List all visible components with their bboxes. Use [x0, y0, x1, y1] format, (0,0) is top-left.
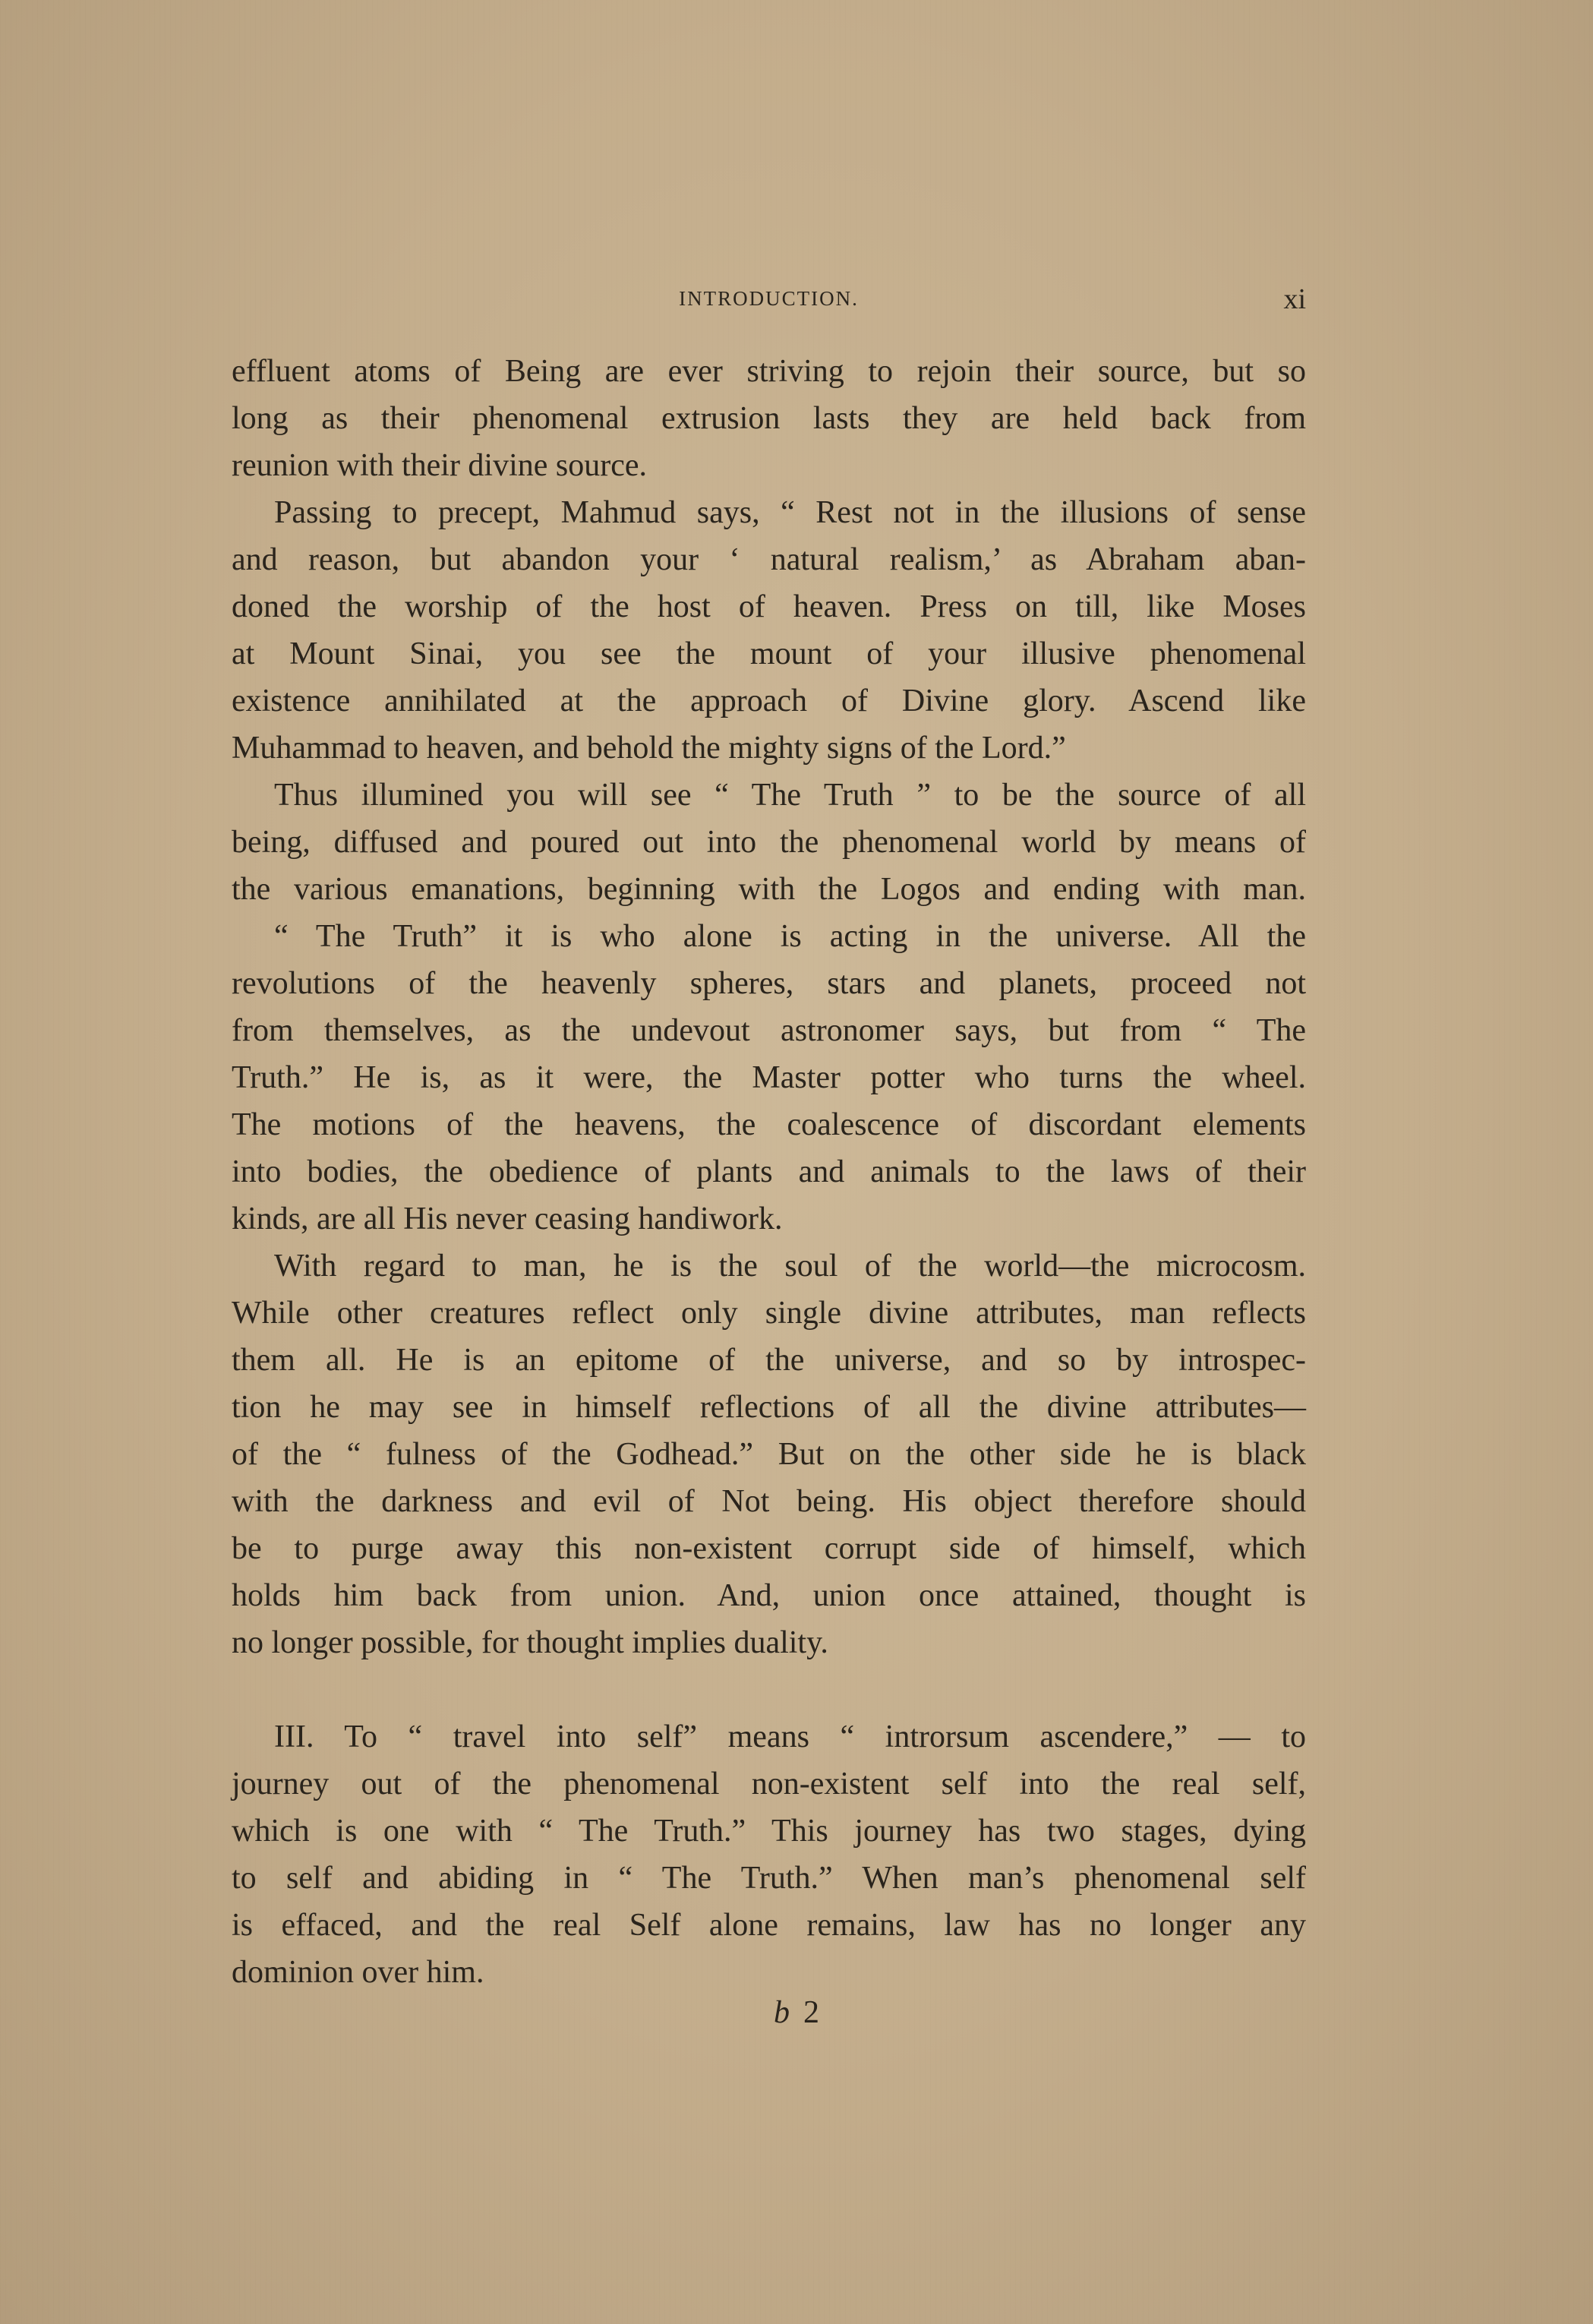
text-line: doned the worship of the host of heaven.…	[232, 583, 1306, 630]
book-page: INTRODUCTION. xi effluent atoms of Being…	[0, 0, 1593, 2324]
text-line: reunion with their divine source.	[232, 442, 1306, 489]
text-line: revolutions of the heavenly spheres, sta…	[232, 960, 1306, 1007]
text-line: being, diffused and poured out into the …	[232, 819, 1306, 866]
body-text: effluent atoms of Being are ever strivin…	[232, 348, 1306, 1996]
paragraph-3: Thus illumined you will see “ The Truth …	[232, 772, 1306, 913]
text-line: of the “ fulness of the Godhead.” But on…	[232, 1431, 1306, 1478]
text-line: Passing to precept, Mahmud says, “ Rest …	[232, 489, 1306, 536]
text-line: no longer possible, for thought implies …	[232, 1619, 1306, 1666]
signature-letter: b	[774, 1995, 790, 2030]
text-line: With regard to man, he is the soul of th…	[232, 1243, 1306, 1290]
text-line: be to purge away this non-existent corru…	[232, 1525, 1306, 1572]
text-line: effluent atoms of Being are ever strivin…	[232, 348, 1306, 395]
page-number: xi	[1283, 283, 1306, 316]
text-line: at Mount Sinai, you see the mount of you…	[232, 630, 1306, 677]
text-line: III. To “ travel into self” means “ intr…	[232, 1713, 1306, 1760]
text-line: Thus illumined you will see “ The Truth …	[232, 772, 1306, 819]
text-line: long as their phenomenal extrusion lasts…	[232, 395, 1306, 442]
text-line: into bodies, the obedience of plants and…	[232, 1148, 1306, 1195]
text-line: kinds, are all His never ceasing handiwo…	[232, 1195, 1306, 1243]
paragraph-6-section-iii: III. To “ travel into self” means “ intr…	[232, 1713, 1306, 1996]
text-line: Muhammad to heaven, and behold the might…	[232, 725, 1306, 772]
text-line: to self and abiding in “ The Truth.” Whe…	[232, 1855, 1306, 1902]
text-line: from themselves, as the undevout astrono…	[232, 1007, 1306, 1054]
text-line: tion he may see in himself reflections o…	[232, 1384, 1306, 1431]
signature-number: 2	[803, 1995, 819, 2030]
signature-mark: b2	[0, 1994, 1593, 2031]
text-line: and reason, but abandon your ‘ natural r…	[232, 536, 1306, 583]
text-line: which is one with “ The Truth.” This jou…	[232, 1808, 1306, 1855]
text-line: journey out of the phenomenal non-existe…	[232, 1760, 1306, 1808]
paragraph-5: With regard to man, he is the soul of th…	[232, 1243, 1306, 1666]
text-line: the various emanations, beginning with t…	[232, 866, 1306, 913]
paragraph-2: Passing to precept, Mahmud says, “ Rest …	[232, 489, 1306, 772]
text-line: holds him back from union. And, union on…	[232, 1572, 1306, 1619]
text-line: Truth.” He is, as it were, the Master po…	[232, 1054, 1306, 1101]
running-head: INTRODUCTION. xi	[232, 283, 1306, 316]
text-line: is effaced, and the real Self alone rema…	[232, 1902, 1306, 1949]
text-line: While other creatures reflect only singl…	[232, 1290, 1306, 1337]
text-line: with the darkness and evil of Not being.…	[232, 1478, 1306, 1525]
text-line: “ The Truth” it is who alone is acting i…	[232, 913, 1306, 960]
section-gap	[232, 1666, 1306, 1713]
text-line: The motions of the heavens, the coalesce…	[232, 1101, 1306, 1148]
text-line: dominion over him.	[232, 1949, 1306, 1996]
paragraph-1: effluent atoms of Being are ever strivin…	[232, 348, 1306, 489]
running-title: INTRODUCTION.	[232, 287, 1306, 311]
text-line: them all. He is an epitome of the univer…	[232, 1337, 1306, 1384]
paragraph-4: “ The Truth” it is who alone is acting i…	[232, 913, 1306, 1243]
text-line: existence annihilated at the approach of…	[232, 677, 1306, 725]
